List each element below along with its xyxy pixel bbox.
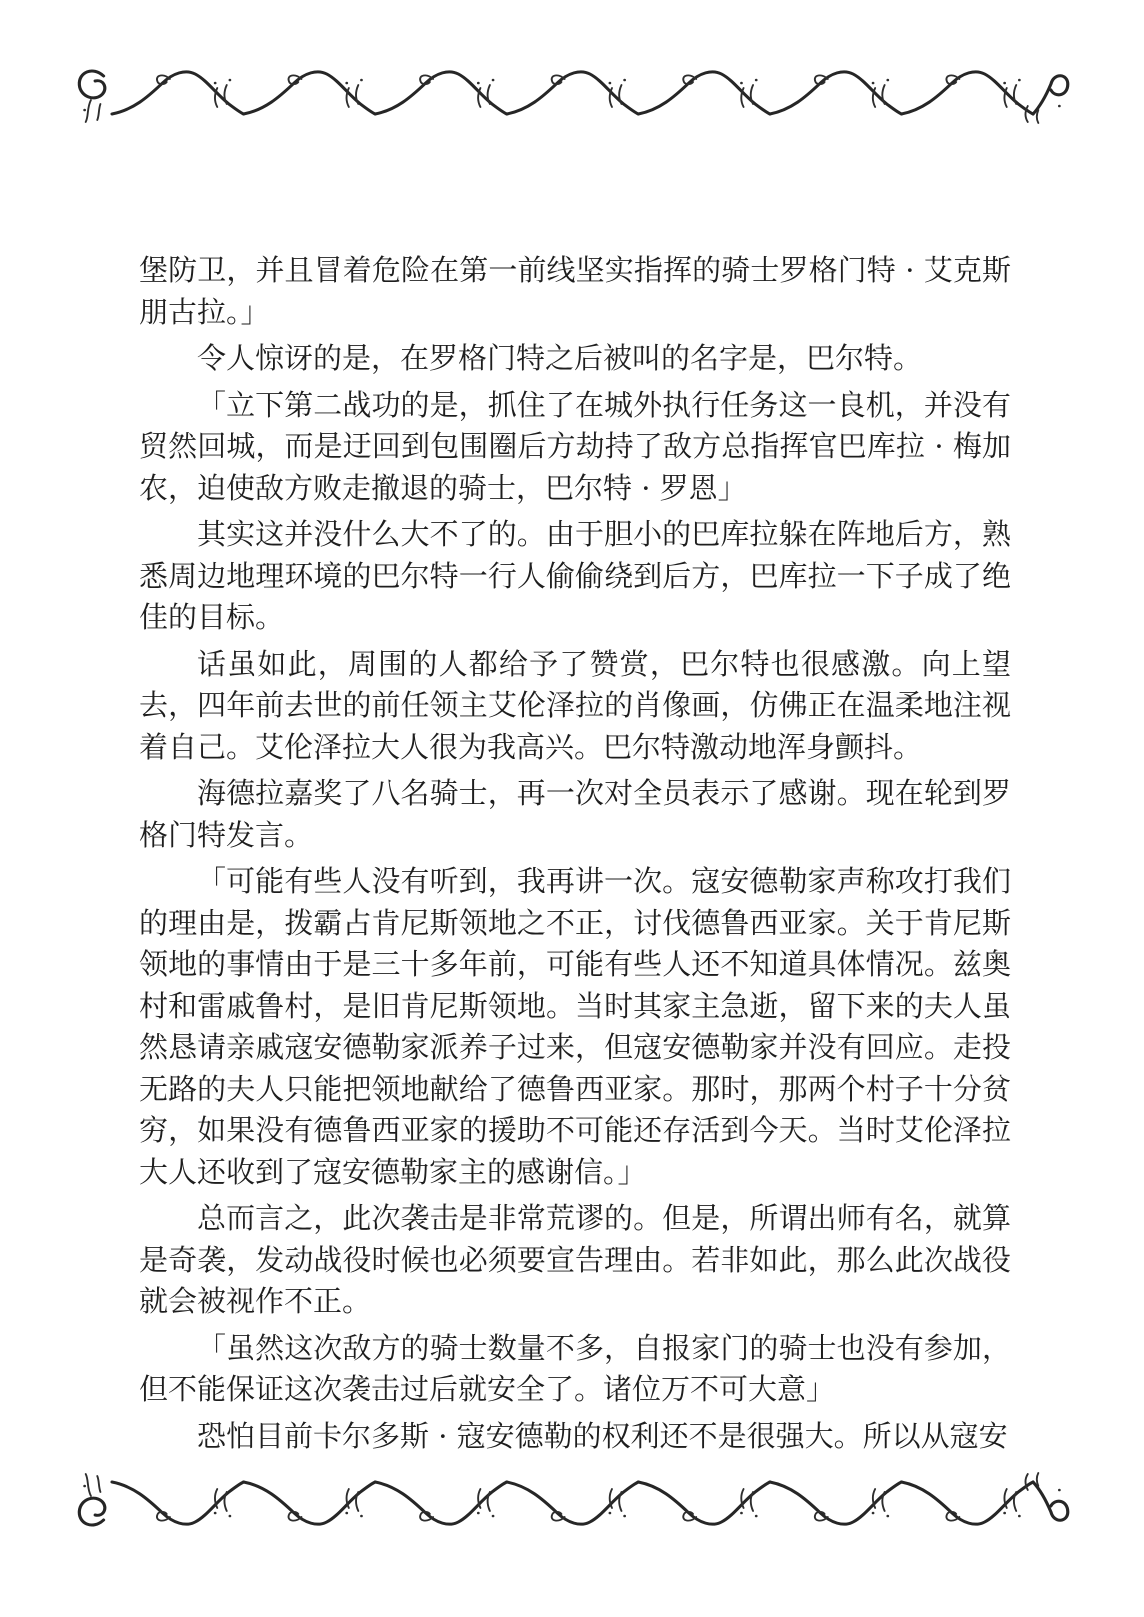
paragraph-09: 「虽然这次敌方的骑士数量不多，自报家门的骑士也没有参加，但不能保证这次袭击过后就… [139,1328,1011,1411]
paragraph-06: 海德拉嘉奖了八名骑士，再一次对全员表示了感谢。现在轮到罗格门特发言。 [139,773,1011,856]
ornamental-border-bottom [72,1472,1072,1530]
paragraph-02: 令人惊讶的是，在罗格门特之后被叫的名字是，巴尔特。 [139,338,1011,380]
paragraph-05: 话虽如此，周围的人都给予了赞赏，巴尔特也很感激。向上望去，四年前去世的前任领主艾… [139,644,1011,769]
paragraph-10: 恐怕目前卡尔多斯 · 寇安德勒的权利还不是很强大。所以从寇安 [139,1416,1011,1458]
scroll-flourish-icon [72,66,1072,124]
paragraph-04: 其实这并没什么大不了的。由于胆小的巴库拉躲在阵地后方，熟悉周边地理环境的巴尔特一… [139,514,1011,639]
paragraph-03: 「立下第二战功的是，抓住了在城外执行任务这一良机，并没有贸然回城，而是迂回到包围… [139,385,1011,510]
paragraph-01: 堡防卫，并且冒着危险在第一前线坚实指挥的骑士罗格门特 · 艾克斯朋古拉。」 [139,250,1011,333]
scroll-flourish-icon [72,1472,1072,1530]
page-text: 堡防卫，并且冒着危险在第一前线坚实指挥的骑士罗格门特 · 艾克斯朋古拉。」 令人… [139,250,1011,1462]
book-page: 堡防卫，并且冒着危险在第一前线坚实指挥的骑士罗格门特 · 艾克斯朋古拉。」 令人… [0,0,1144,1617]
paragraph-07: 「可能有些人没有听到，我再讲一次。寇安德勒家声称攻打我们的理由是，拨霸占肯尼斯领… [139,861,1011,1193]
ornamental-border-top [72,66,1072,124]
paragraph-08: 总而言之，此次袭击是非常荒谬的。但是，所谓出师有名，就算是奇袭，发动战役时候也必… [139,1198,1011,1323]
